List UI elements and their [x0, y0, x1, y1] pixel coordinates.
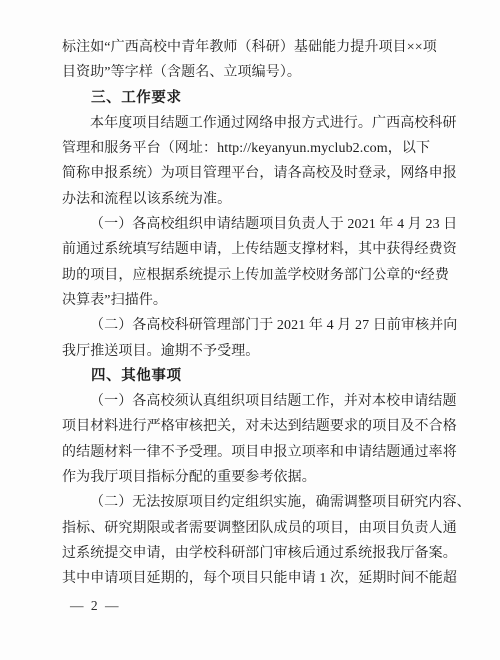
- document-line: 前通过系统填写结题申请，上传结题支撑材料，其中获得经费资: [62, 237, 458, 262]
- document-line: 助的项目，应根据系统提示上传加盖学校财务部门公章的“经费: [62, 263, 458, 288]
- document-line: 其中申请项目延期的，每个项目只能申请 1 次，延期时间不能超: [62, 566, 458, 591]
- document-line: 指标、研究期限或者需要调整团队成员的项目，由项目负责人通: [62, 516, 458, 541]
- document-line: 的结题材料一律不予受理。项目申报立项率和申请结题通过率将: [62, 440, 458, 465]
- document-line: 我厅推送项目。逾期不予受理。: [62, 339, 458, 364]
- page-number: — 2 —: [70, 598, 121, 614]
- document-line: 本年度项目结题工作通过网络申报方式进行。广西高校科研: [62, 111, 458, 136]
- document-body: 标注如“广西高校中青年教师（科研）基础能力提升项目××项目资助”等字样（含题名、…: [62, 35, 458, 592]
- document-line: 办法和流程以该系统为准。: [62, 187, 458, 212]
- document-line: 项目材料进行严格审核把关，对未达到结题要求的项目及不合格: [62, 414, 458, 439]
- document-line: 管理和服务平台（网址：http://keyanyun.myclub2.com，以…: [62, 136, 458, 161]
- section-heading: 四、其他事项: [62, 364, 458, 389]
- section-heading: 三、工作要求: [62, 86, 458, 111]
- document-page: 标注如“广西高校中青年教师（科研）基础能力提升项目××项目资助”等字样（含题名、…: [0, 0, 500, 660]
- document-line: （一）各高校须认真组织项目结题工作，并对本校申请结题: [62, 389, 458, 414]
- document-line: 简称申报系统）为项目管理平台，请各高校及时登录，网络申报: [62, 161, 458, 186]
- document-line: （二）各高校科研管理部门于 2021 年 4 月 27 日前审核并向: [62, 313, 458, 338]
- document-line: 作为我厅项目指标分配的重要参考依据。: [62, 465, 458, 490]
- document-line: 标注如“广西高校中青年教师（科研）基础能力提升项目××项: [62, 35, 458, 60]
- document-line: （一）各高校组织申请结题项目负责人于 2021 年 4 月 23 日: [62, 212, 458, 237]
- document-line: 过系统提交申请，由学校科研部门审核后通过系统报我厅备案。: [62, 541, 458, 566]
- document-line: 决算表”扫描件。: [62, 288, 458, 313]
- document-line: 目资助”等字样（含题名、立项编号）。: [62, 60, 458, 85]
- document-line: （二）无法按原项目约定组织实施，确需调整项目研究内容、: [62, 490, 458, 515]
